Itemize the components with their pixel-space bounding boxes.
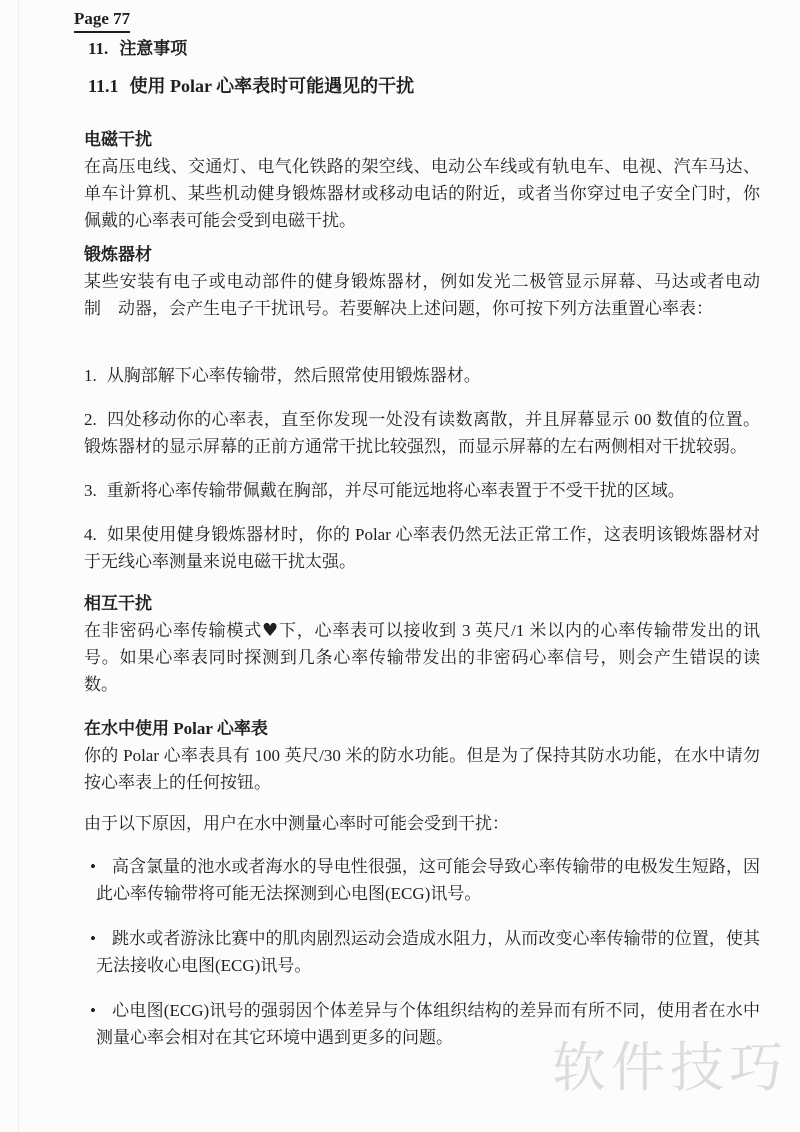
step-text: 如果使用健身锻炼器材时，你的 Polar 心率表仍然无法正常工作，这表明该锻炼器… (84, 525, 760, 571)
watermark: 软件技巧 (552, 1025, 788, 1102)
chapter-title: 注意事项 (119, 39, 187, 58)
document-page: Page 77 11.注意事项 11.1使用 Polar 心率表时可能遇见的干扰… (0, 0, 800, 1051)
crosstalk-text-prefix: 在非密码心率传输模式 (84, 621, 262, 640)
list-item-text: 跳水或者游泳比赛中的肌肉剧烈运动会造成水阻力，从而改变心率传输带的位置，使其无法… (96, 929, 760, 975)
reset-step-3: 3.重新将心率传输带佩戴在胸部，并尽可能远地将心率表置于不受干扰的区域。 (84, 477, 760, 504)
step-number: 1. (84, 366, 97, 385)
section-number: 11.1 (88, 76, 119, 96)
step-number: 4. (84, 525, 97, 544)
step-number: 2. (84, 410, 97, 429)
section-title: 使用 Polar 心率表时可能遇见的干扰 (130, 76, 415, 96)
bullet-icon: • (90, 857, 96, 876)
list-item-text: 高含氯量的池水或者海水的导电性很强，这可能会导致心率传输带的电极发生短路，因此心… (96, 857, 760, 903)
page-label: Page 77 (74, 8, 760, 33)
step-text: 四处移动你的心率表，直至你发现一处没有读数离散，并且屏幕显示 00 数值的位置。… (84, 410, 760, 456)
step-text: 从胸部解下心率传输带，然后照常使用锻炼器材。 (107, 366, 481, 385)
section-heading: 11.1使用 Polar 心率表时可能遇见的干扰 (88, 73, 760, 99)
step-number: 3. (84, 481, 97, 500)
electromagnetic-paragraph: 在高压电线、交通灯、电气化铁路的架空线、电动公车线或有轨电车、电视、汽车马达、单… (84, 153, 760, 234)
bullet-icon: • (90, 929, 96, 948)
crosstalk-heading: 相互干扰 (84, 591, 760, 617)
water-use-paragraph: 你的 Polar 心率表具有 100 英尺/30 米的防水功能。但是为了保持其防… (84, 742, 760, 796)
crosstalk-paragraph: 在非密码心率传输模式♥下，心率表可以接收到 3 英尺/1 米以内的心率传输带发出… (84, 617, 760, 698)
chapter-heading: 11.注意事项 (88, 37, 760, 61)
list-item: •跳水或者游泳比赛中的肌肉剧烈运动会造成水阻力，从而改变心率传输带的位置，使其无… (84, 925, 760, 979)
reset-step-2: 2.四处移动你的心率表，直至你发现一处没有读数离散，并且屏幕显示 00 数值的位… (84, 406, 760, 460)
reset-step-4: 4.如果使用健身锻炼器材时，你的 Polar 心率表仍然无法正常工作，这表明该锻… (84, 521, 760, 575)
electromagnetic-heading: 电磁干扰 (84, 127, 760, 153)
chapter-number: 11. (88, 39, 108, 58)
bullet-icon: • (90, 1001, 96, 1020)
equipment-heading: 锻炼器材 (84, 242, 760, 268)
list-item: •高含氯量的池水或者海水的导电性很强，这可能会导致心率传输带的电极发生短路，因此… (84, 853, 760, 907)
page-label-text: Page 77 (74, 8, 130, 33)
reset-step-1: 1.从胸部解下心率传输带，然后照常使用锻炼器材。 (84, 362, 760, 389)
step-text: 重新将心率传输带佩戴在胸部，并尽可能远地将心率表置于不受干扰的区域。 (107, 481, 685, 500)
heart-icon: ♥ (262, 620, 279, 641)
equipment-paragraph: 某些安装有电子或电动部件的健身锻炼器材，例如发光二极管显示屏幕、马达或者电动 制… (84, 268, 760, 322)
water-interference-list: •高含氯量的池水或者海水的导电性很强，这可能会导致心率传输带的电极发生短路，因此… (84, 853, 760, 1051)
water-interference-intro: 由于以下原因，用户在水中测量心率时可能会受到干扰： (84, 810, 760, 837)
water-use-heading: 在水中使用 Polar 心率表 (84, 716, 760, 742)
